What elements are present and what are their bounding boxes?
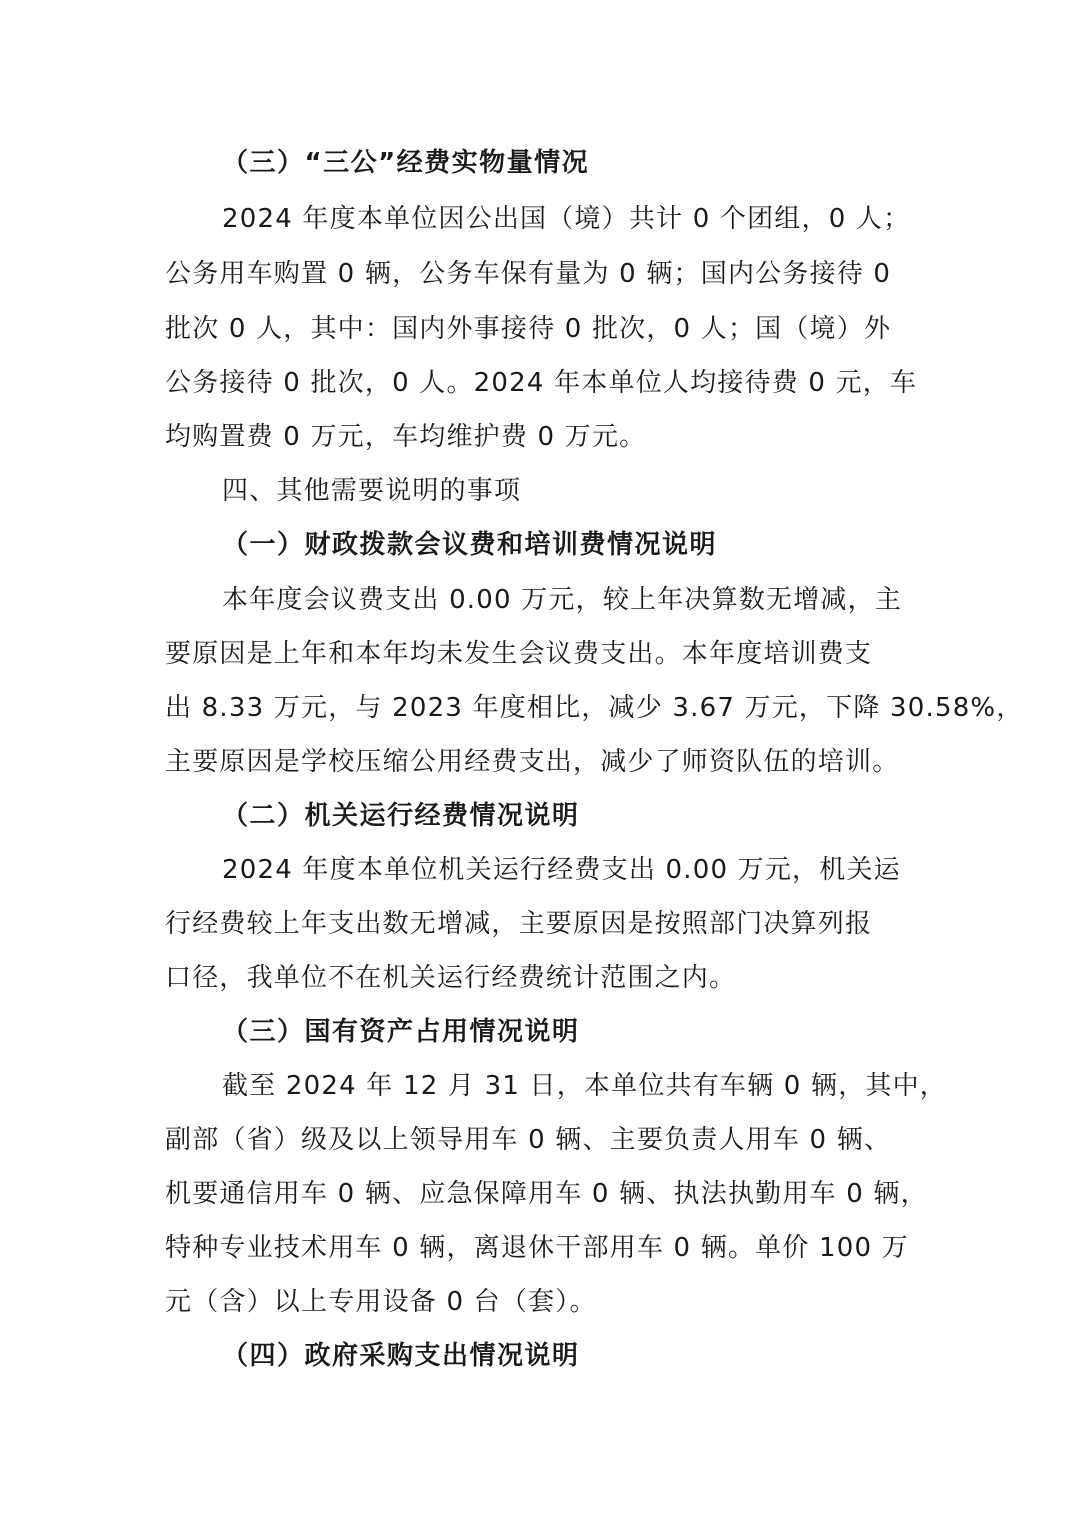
paragraph-line: 2024 年度本单位机关运行经费支出 0.00 万元，机关运 xyxy=(222,853,901,887)
paragraph-line: 元（含）以上专用设备 0 台（套）。 xyxy=(165,1285,597,1319)
paragraph-line: 2024 年度本单位因公出国（境）共计 0 个团组，0 人； xyxy=(222,202,910,236)
paragraph-line: 要原因是上年和本年均未发生会议费支出。本年度培训费支 xyxy=(165,637,872,671)
paragraph-line: 口径，我单位不在机关运行经费统计范围之内。 xyxy=(165,961,736,995)
heading-government-procurement: （四）政府采购支出情况说明 xyxy=(222,1339,580,1373)
section-heading-other-matters: 四、其他需要说明的事项 xyxy=(222,474,521,508)
paragraph-line: 截至 2024 年 12 月 31 日，本单位共有车辆 0 辆，其中， xyxy=(222,1069,947,1103)
paragraph-line: 本年度会议费支出 0.00 万元，较上年决算数无增减，主 xyxy=(222,583,902,617)
paragraph-line: 公务接待 0 批次，0 人。2024 年本单位人均接待费 0 元，车 xyxy=(165,366,917,400)
paragraph-line: 机要通信用车 0 辆、应急保障用车 0 辆、执法执勤用车 0 辆， xyxy=(165,1177,928,1211)
paragraph-line: 出 8.33 万元，与 2023 年度相比，减少 3.67 万元，下降 30.5… xyxy=(165,691,1024,725)
heading-state-assets: （三）国有资产占用情况说明 xyxy=(222,1015,580,1049)
paragraph-line: 公务用车购置 0 辆，公务车保有量为 0 辆；国内公务接待 0 xyxy=(165,257,891,291)
heading-operating-expenses: （二）机关运行经费情况说明 xyxy=(222,799,580,833)
document-page: （三）“三公”经费实物量情况 2024 年度本单位因公出国（境）共计 0 个团组… xyxy=(0,0,1075,1520)
paragraph-line: 行经费较上年支出数无增减，主要原因是按照部门决算列报 xyxy=(165,907,872,941)
paragraph-line: 特种专业技术用车 0 辆，离退休干部用车 0 辆。单价 100 万 xyxy=(165,1231,909,1265)
paragraph-line: 主要原因是学校压缩公用经费支出，减少了师资队伍的培训。 xyxy=(165,745,899,779)
heading-meeting-training-fees: （一）财政拨款会议费和培训费情况说明 xyxy=(222,528,717,562)
paragraph-line: 副部（省）级及以上领导用车 0 辆、主要负责人用车 0 辆、 xyxy=(165,1123,891,1157)
paragraph-line: 均购置费 0 万元，车均维护费 0 万元。 xyxy=(165,420,646,454)
paragraph-line: 批次 0 人，其中：国内外事接待 0 批次，0 人；国（境）外 xyxy=(165,312,891,346)
heading-sangong-physical: （三）“三公”经费实物量情况 xyxy=(222,146,589,180)
